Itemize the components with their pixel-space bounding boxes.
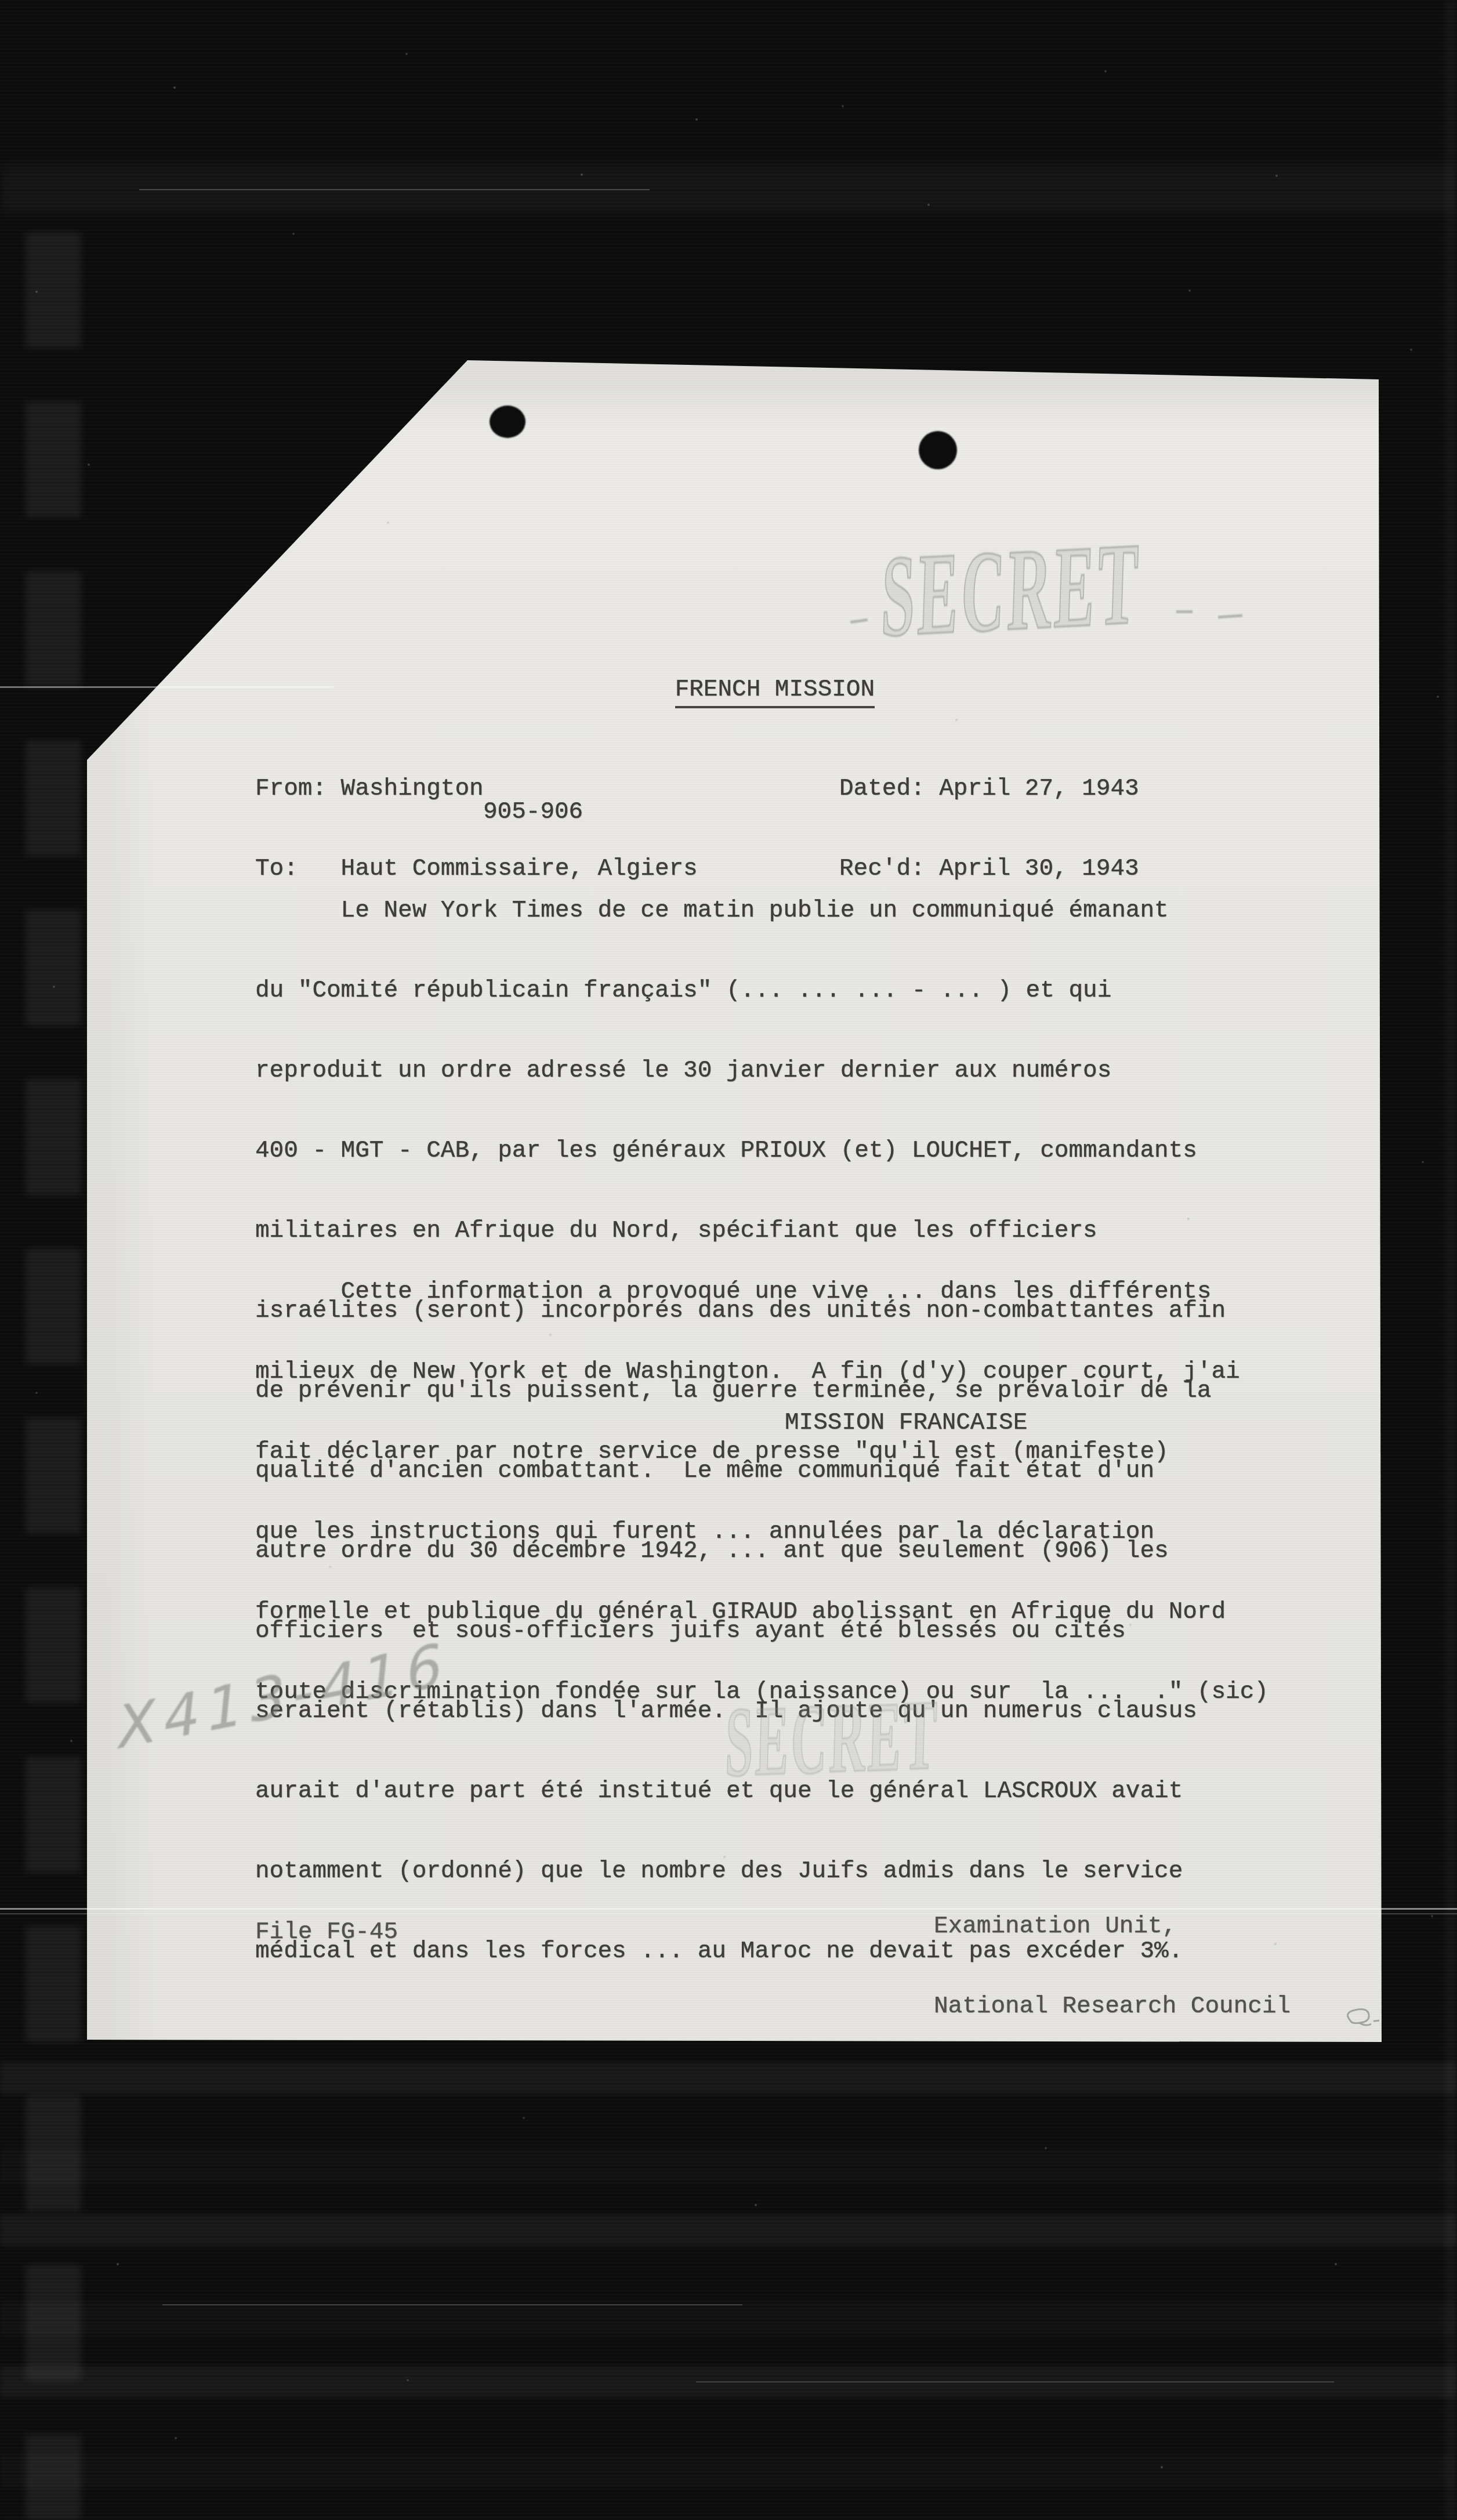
body-line: Le New York Times de ce matin publie un … [255, 897, 1226, 924]
signature-line: MISSION FRANCAISE [785, 1410, 1027, 1436]
film-light-band-top [0, 164, 1457, 213]
body-line: Cette information a provoqué une vive ..… [255, 1279, 1268, 1305]
paper-dust-speckles [86, 348, 87, 349]
document-title-text: FRENCH MISSION [675, 676, 875, 708]
body-line: reproduit un ordre adressé le 30 janvier… [255, 1058, 1226, 1084]
dated-value: April 27, 1943 [939, 776, 1139, 802]
film-light-band-bottom [0, 2062, 1457, 2520]
body-line: formelle et publique du général GIRAUD a… [255, 1599, 1268, 1625]
dated-label: Dated: [839, 776, 939, 802]
body-line: du "Comité républicain français" (... ..… [255, 977, 1226, 1004]
punch-hole-right [919, 431, 957, 469]
footer-line: National Research Council [934, 1993, 1291, 2020]
from-line: From:Washington [255, 776, 698, 802]
from-value: Washington [341, 776, 484, 802]
body-line: milieux de New York et de Washington. A … [255, 1359, 1268, 1385]
body-line: fait déclarer par notre service de press… [255, 1439, 1268, 1465]
document-title: FRENCH MISSION [589, 650, 875, 730]
footer-line: Examination Unit, [934, 1913, 1291, 1940]
punch-hole-left [490, 405, 525, 438]
secret-stamp-bottom: SECRET [724, 1685, 940, 1793]
body-line: 400 - MGT - CAB, par les généraux PRIOUX… [255, 1138, 1226, 1164]
dated-line: Dated:April 27, 1943 [839, 776, 1139, 802]
document-page: SECRET FRENCH MISSION From:Washington To… [86, 348, 1383, 2043]
message-number: 905-906 [483, 799, 583, 825]
stamp-dash-mark [1176, 610, 1193, 613]
stamp-dash-mark [850, 618, 868, 624]
secret-stamp-top: SECRET [880, 526, 1143, 656]
from-label: From: [255, 776, 341, 802]
microfilm-scan: SECRET FRENCH MISSION From:Washington To… [0, 0, 1457, 2520]
file-number: File FG-45 [255, 1919, 398, 1946]
pencil-scribble-mark [1333, 2000, 1391, 2041]
stamp-dash-mark [1218, 614, 1242, 619]
body-line: que les instructions qui furent ... annu… [255, 1519, 1268, 1545]
film-dust-speckles [0, 0, 1, 1]
film-edge-fog [1444, 0, 1457, 2520]
